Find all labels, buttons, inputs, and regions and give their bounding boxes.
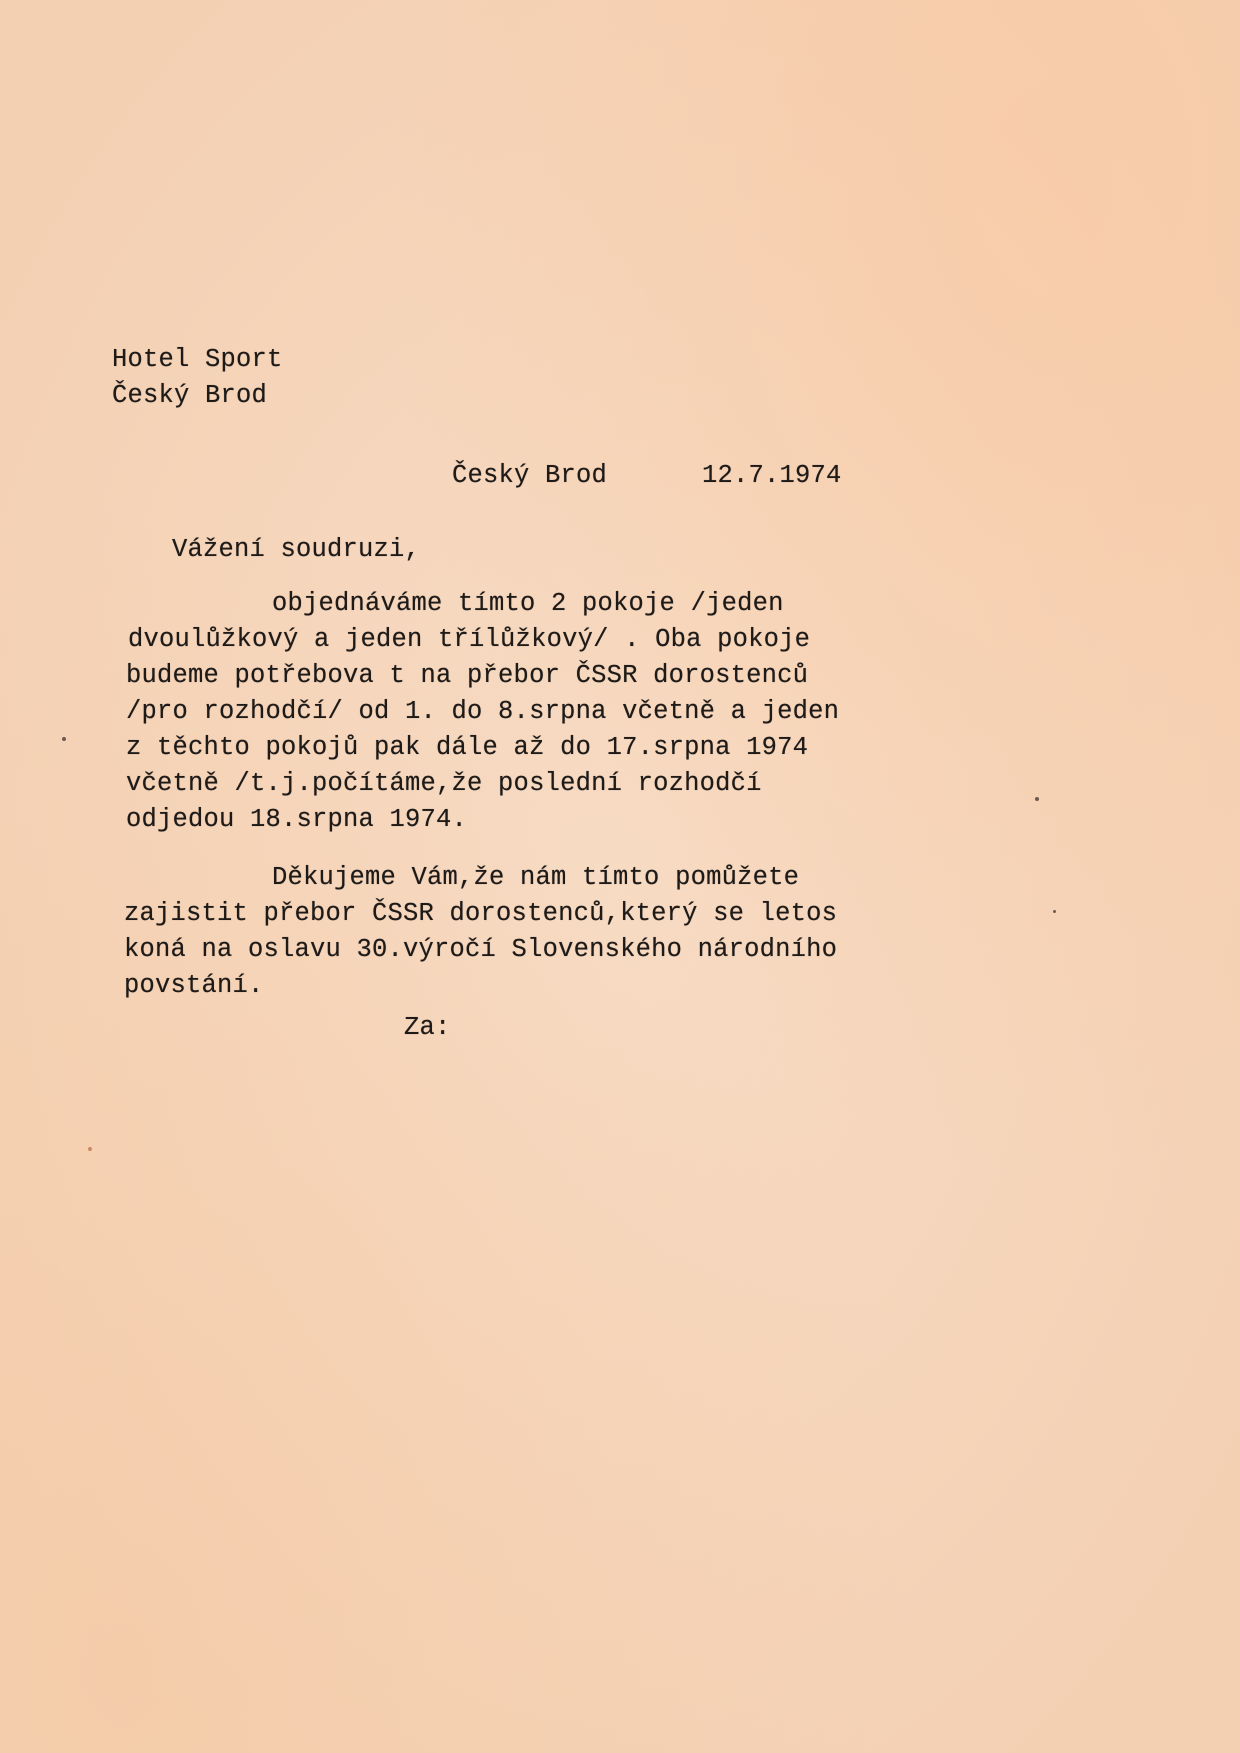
letter-place: Český Brod (452, 458, 607, 494)
paragraph-line: budeme potřebova t na přebor ČSSR dorost… (126, 658, 808, 694)
salutation: Vážení soudruzi, (172, 532, 420, 568)
paragraph-line: objednáváme tímto 2 pokoje /jeden (272, 586, 784, 622)
recipient-name: Hotel Sport (112, 342, 283, 378)
paragraph-line: včetně /t.j.počítáme,že poslední rozhodč… (126, 766, 762, 802)
paper-speck (1035, 797, 1039, 801)
paragraph-line: z těchto pokojů pak dále až do 17.srpna … (126, 730, 808, 766)
paragraph-line: Děkujeme Vám,že nám tímto pomůžete (272, 860, 799, 896)
paragraph-line: zajistit přebor ČSSR dorostenců,který se… (124, 896, 837, 932)
paragraph-line: /pro rozhodčí/ od 1. do 8.srpna včetně a… (126, 694, 839, 730)
letter-date: 12.7.1974 (702, 458, 842, 494)
paper-speck (1053, 910, 1056, 913)
paragraph-line: dvoulůžkový a jeden třílůžkový/ . Oba po… (128, 622, 810, 658)
paragraph-line: odjedou 18.srpna 1974. (126, 802, 467, 838)
paragraph-line: povstání. (124, 968, 264, 1004)
closing: Za: (404, 1010, 451, 1046)
paper-speck (88, 1147, 92, 1151)
paragraph-line: koná na oslavu 30.výročí Slovenského nár… (124, 932, 837, 968)
recipient-city: Český Brod (112, 378, 267, 414)
paper-speck (62, 737, 66, 741)
